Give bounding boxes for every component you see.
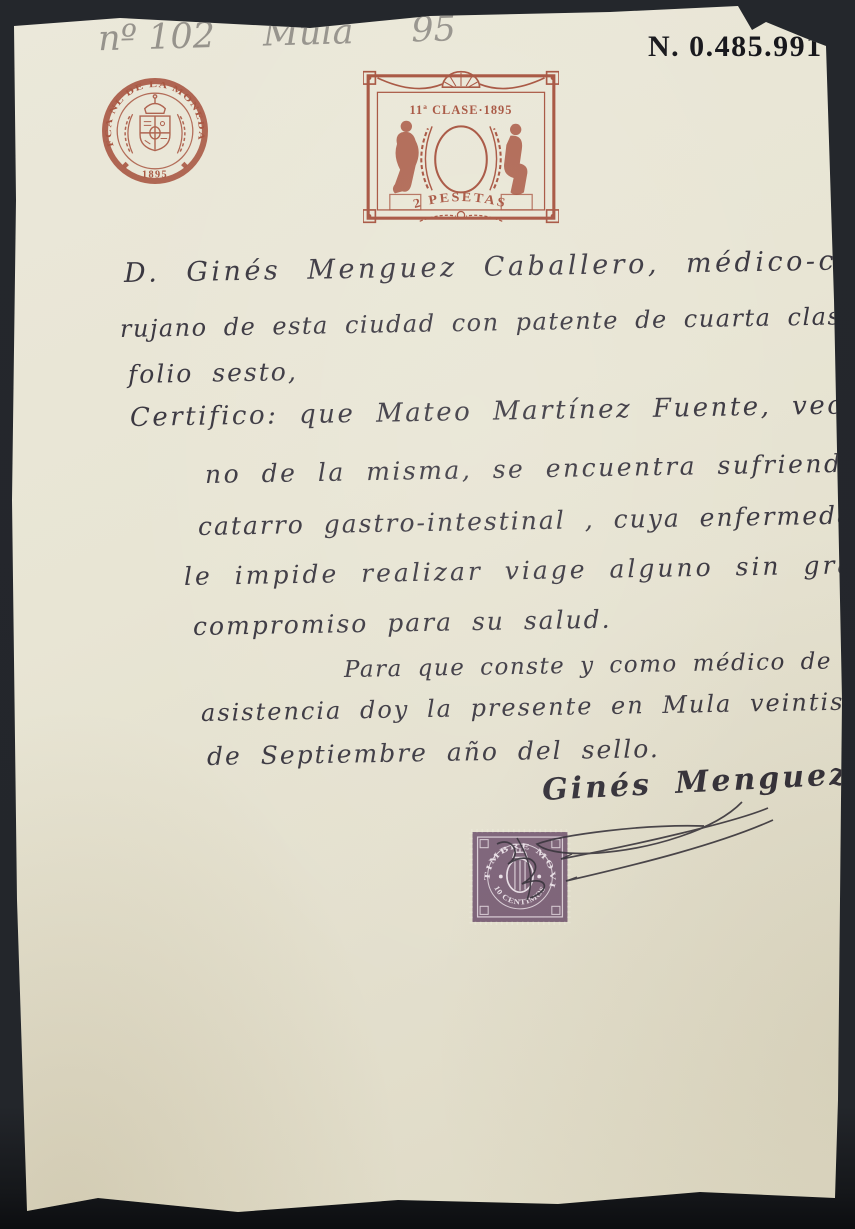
pencil-number: nº 102 <box>98 16 216 59</box>
central-wreath <box>421 126 500 192</box>
manuscript-line: D. Ginés Menguez Caballero, médico-ci- <box>124 245 855 289</box>
pencil-annotation: nº 102Mula95 <box>98 5 619 60</box>
manuscript-line: compromiso para su salud. <box>193 605 612 641</box>
document-sheet: nº 102Mula95 N. 0.485.991 FCA NL DE LA M… <box>0 0 855 1229</box>
stamp-value-textpath: 2 PESETAS <box>412 190 509 211</box>
manuscript-line: Para que conste y como médico de su <box>344 648 855 683</box>
manuscript-line: de Septiembre año del sello. <box>207 734 660 771</box>
stamp-value-text: 2 PESETAS <box>412 190 509 211</box>
manuscript-line: no de la misma, se encuentra sufriendo <box>205 449 855 489</box>
manuscript-line: le impide realizar viage alguno sin grav… <box>184 550 855 591</box>
crown <box>145 103 166 113</box>
manuscript-line: folio sesto, <box>128 357 298 389</box>
scanned-document-photo: { "colors": { "scan_background": "#23262… <box>0 0 855 1229</box>
manuscript-line: catarro gastro-intestinal , cuya enferme… <box>198 500 855 541</box>
laurel-right <box>177 114 182 153</box>
laurel-left <box>128 114 133 153</box>
pencil-place: Mula <box>262 12 354 55</box>
manuscript-line: Certifico: que Mateo Martínez Fuente, ve… <box>130 390 855 433</box>
tax-stamp: 11ª CLASE·1895 2 PESETAS <box>363 64 559 230</box>
signature: Ginés Menguez <box>541 757 850 808</box>
serial-number: N. 0.485.991 <box>648 30 823 64</box>
stamp-class-text: 11ª CLASE·1895 <box>410 103 513 117</box>
crown-orb <box>153 95 156 98</box>
manuscript-line: asistencia doy la presente en Mula veint… <box>201 687 855 727</box>
mint-seal: FCA NL DE LA MONEDA Y TIMBRE 1895 <box>99 72 211 190</box>
revenue-stamp: TIMBRE MOVIL 1895 10 CENTIMOS <box>469 829 571 925</box>
left-allegorical-figure <box>393 121 419 194</box>
manuscript-line: rujano de esta ciudad con patente de cua… <box>120 302 855 343</box>
seal-arc-textpath: FCA NL DE LA MONEDA Y TIMBRE <box>99 72 207 148</box>
bottom-sprigs <box>420 211 503 221</box>
right-allegorical-figure <box>504 124 527 195</box>
seal-arc-text: FCA NL DE LA MONEDA Y TIMBRE <box>99 72 207 148</box>
seal-year: 1895 <box>142 170 168 181</box>
coat-of-arms <box>122 95 187 169</box>
pencil-year: 95 <box>411 9 457 50</box>
